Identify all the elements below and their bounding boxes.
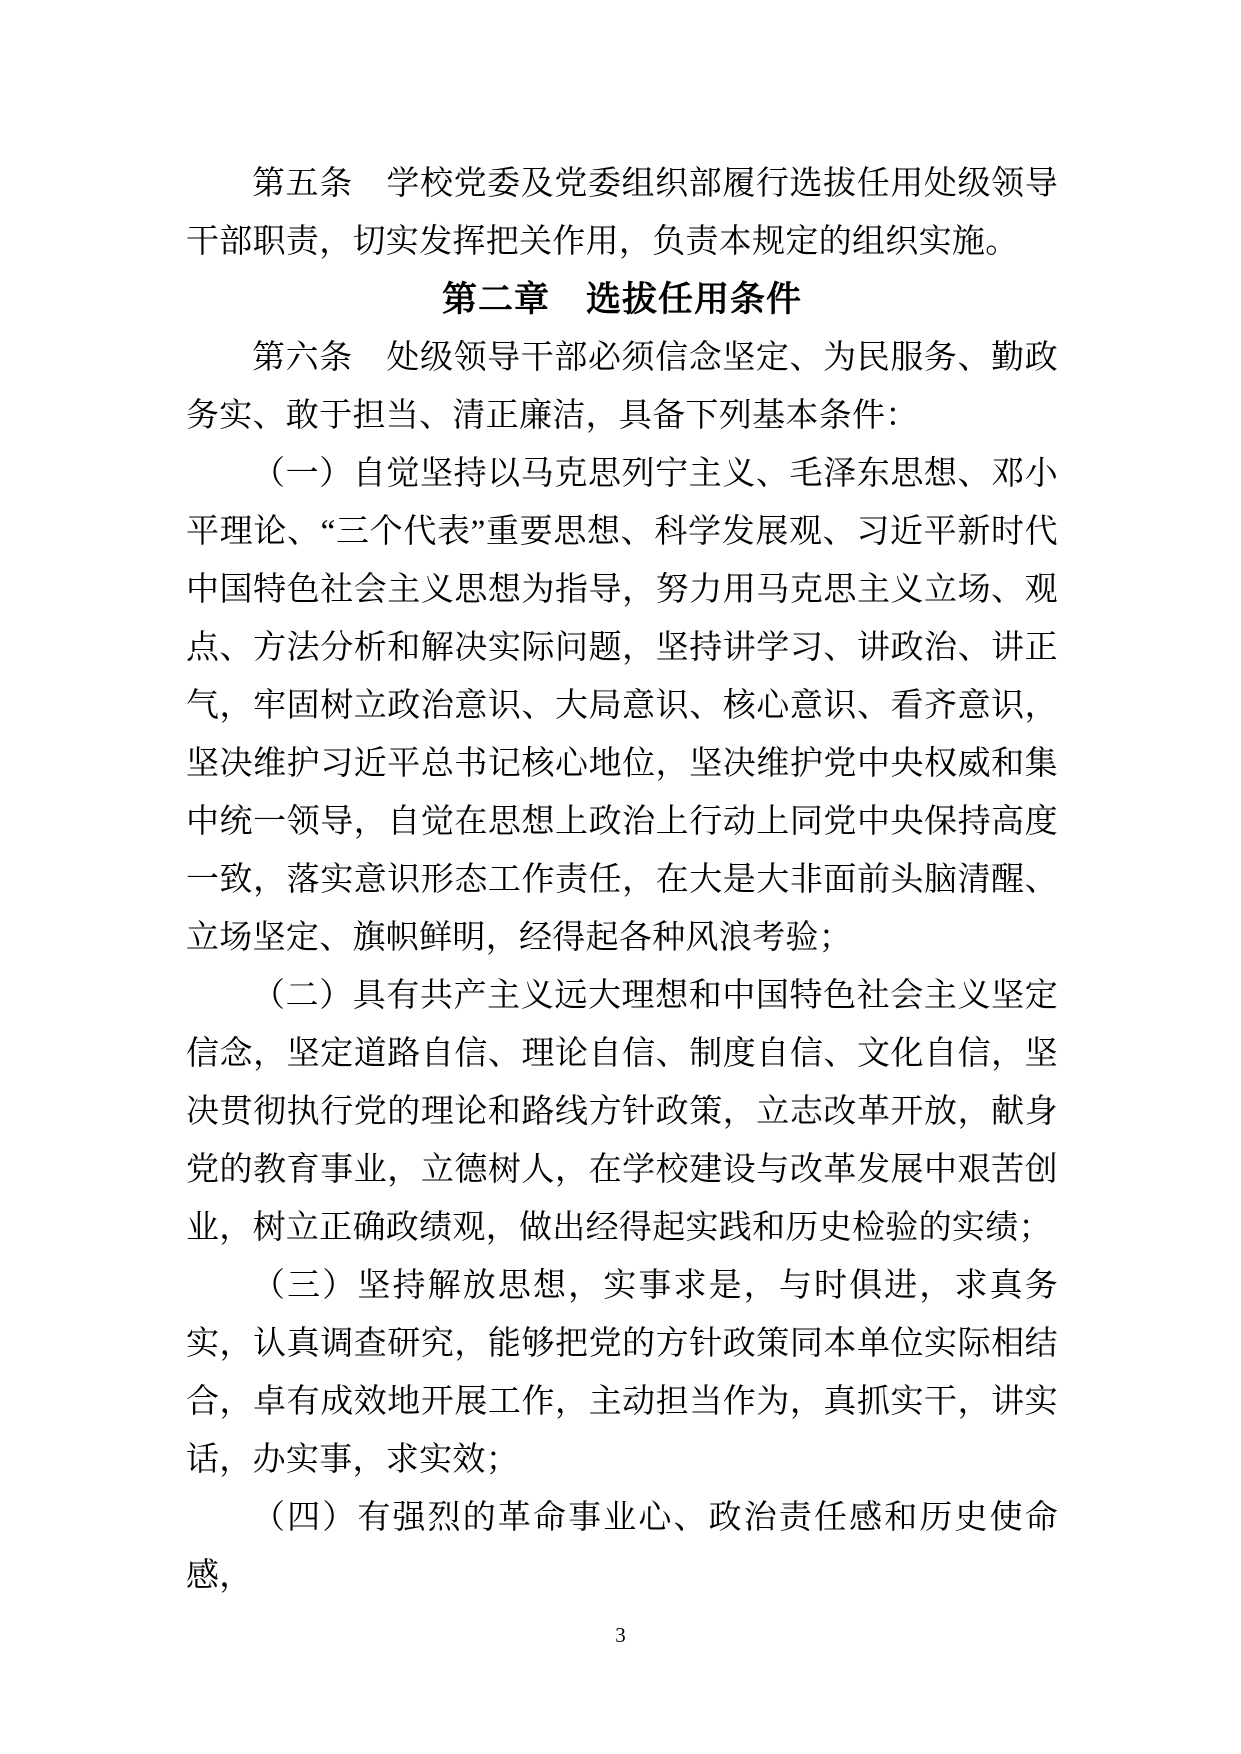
list-item-paragraph: （三）坚持解放思想，实事求是，与时俱进，求真务实，认真调查研究，能够把党的方针政…: [186, 1257, 1058, 1489]
document-body: 第五条 学校党委及党委组织部履行选拔任用处级领导干部职责，切实发挥把关作用，负责…: [186, 155, 1058, 1605]
list-item-paragraph: （四）有强烈的革命事业心、政治责任感和历史使命感，: [186, 1489, 1058, 1605]
list-item-paragraph: （二）具有共产主义远大理想和中国特色社会主义坚定信念，坚定道路自信、理论自信、制…: [186, 967, 1058, 1257]
chapter-heading: 第二章 选拔任用条件: [186, 271, 1058, 329]
document-page: 第五条 学校党委及党委组织部履行选拔任用处级领导干部职责，切实发挥把关作用，负责…: [0, 0, 1241, 1754]
body-paragraph: 第六条 处级领导干部必须信念坚定、为民服务、勤政务实、敢于担当、清正廉洁，具备下…: [186, 329, 1058, 445]
list-item-paragraph: （一）自觉坚持以马克思列宁主义、毛泽东思想、邓小平理论、“三个代表”重要思想、科…: [186, 445, 1058, 967]
body-paragraph: 第五条 学校党委及党委组织部履行选拔任用处级领导干部职责，切实发挥把关作用，负责…: [186, 155, 1058, 271]
page-number: 3: [0, 1620, 1241, 1650]
